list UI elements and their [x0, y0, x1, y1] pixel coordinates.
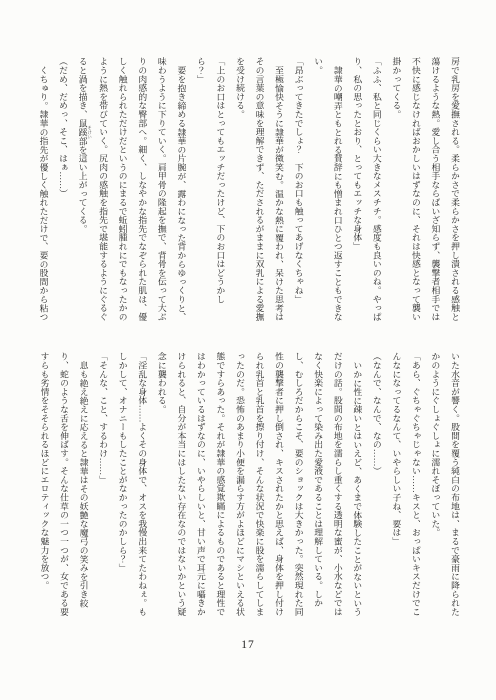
- text-column: いた水音が響く。股間を覆う純白の布地は、まるで豪雨に降られた: [444, 352, 464, 626]
- text-column: 息も絶え絶えに応えると隷華はその妖艶な魔弓の笑みを引き絞: [73, 352, 93, 626]
- text-column: を受け続ける。: [229, 57, 249, 331]
- text-column: 念に襲われる。: [151, 352, 171, 626]
- text-column: 「上のお口はとってもエッチだったけど、下のお口はどうかし: [210, 57, 230, 331]
- text-block-bottom: いた水音が響く。股間を覆う純白の布地は、まるで豪雨に降られたかのようにぐしょぐし…: [33, 352, 464, 626]
- text-column: 「ふふ、私と同じくらい大きなメスチチ。感度も良いのね。やっぱ: [366, 57, 386, 331]
- text-column: 隷華の嘲弄ともとれる賛辞にも憎まれ口ひとつ返すこともできな: [327, 57, 347, 331]
- text-column: くちゅり。隷華の指先が優しく触れただけで、要の股間から粘つ: [33, 57, 53, 331]
- text-column: （だめ、だめっ、そこ、はぁ……）: [53, 57, 73, 331]
- text-column: 「淫乱な身体……よくその身体で、オスを我慢出来てたわねぇ。も: [132, 352, 152, 626]
- text-column: 不快に感じなければおかしいはずなのに、それは快感となって襲い: [405, 57, 425, 331]
- text-column: んなになってるなんて、いやらしい子ね、要は」: [386, 352, 406, 626]
- text-column: 味わうように下りていく。肩甲骨の隆起を撫で、背骨を伝って大ぶ: [151, 57, 171, 331]
- text-column: 「昂ぶってきたでしょ？ 下のお口も触ってあげなくちゃね」: [288, 57, 308, 331]
- text-column: り、私の思ったとおり、とってもエッチな身体」: [347, 57, 367, 331]
- text-column: その言葉の意味を理解できず、ただされるがままに双乳による愛撫: [249, 57, 269, 331]
- page-number: 17: [0, 639, 496, 651]
- text-column: りの肉感的な臀部へ。細く、しなやかな指先でなぞられた肌は、優: [132, 57, 152, 331]
- text-column: り、蛇のような舌を伸ばす。そんな仕草の一つ一つが、女である要: [54, 352, 74, 626]
- text-column: ように熱を帯びていく。尻肉の感触を指先で堪能するようにぐるぐ: [93, 57, 113, 331]
- text-column: だけの話。股間の布地を濡らし重くする透明な蜜が、小水などでは: [327, 352, 347, 626]
- text-block-top: 房で乳房を愛撫される。柔らかさで柔らかさを押し潰される感触と蕩けるような熱。愛し…: [33, 57, 464, 331]
- text-column: 房で乳房を愛撫される。柔らかさで柔らかさを押し潰される感触と: [444, 57, 464, 331]
- text-column: 要を抱き締める隷華の片腕が、露わになった背からゆっくりと、: [171, 57, 191, 331]
- text-column: いかに性に疎いとはいえど、あくまで体験したことがないという: [347, 352, 367, 626]
- text-column: 態ですらあった。それが隷華の感覚欺瞞によるものであると理性で: [210, 352, 230, 626]
- text-column: しかして、オナニーもしたことがなかったのかしら？」: [112, 352, 132, 626]
- text-column: ら？」: [190, 57, 210, 331]
- text-column: 掛かってくる。: [386, 57, 406, 331]
- text-column: 蕩けるような熱。愛し合う相手ならばいざ知らず、襲撃者相手では: [425, 57, 445, 331]
- text-column: られ乳首と乳首を擦り付け、そんな状況で快楽に股を濡らしてしま: [249, 352, 269, 626]
- novel-page: 房で乳房を愛撫される。柔らかさで柔らかさを押し潰される感触と蕩けるような熱。愛し…: [0, 0, 496, 700]
- text-column: い。: [308, 57, 328, 331]
- text-column: 「そんな、こと、するわけ……」: [93, 352, 113, 626]
- text-column: （なんで、なんで、なの……）: [366, 352, 386, 626]
- text-column: ったのだ。恐怖のあまり小便を漏らす方がよほどにマシといえる状: [229, 352, 249, 626]
- text-column: ると渦を描き、鼠蹊部そけいを這い上がってくる。: [72, 57, 93, 331]
- text-column: すらも劣情をそそられるほどにエロティックな魅力を放つ。: [34, 352, 54, 626]
- text-column: けられると、自分が本当にはしたない存在なのではないかという疑: [171, 352, 191, 626]
- text-column: 至極愉快そうに隷華が微笑む。温かな熱に覆われ、呆けた思考は: [269, 57, 289, 331]
- text-column: はわかっているはずなのに、いやらしいと、甘い声で耳元に囁きか: [190, 352, 210, 626]
- text-column: かのようにぐしょぐしょに濡れそぼっていた。: [425, 352, 445, 626]
- text-column: 「あら、ぐちゃぐちゃじゃない……キスと、おっぱいキスだけでこ: [405, 352, 425, 626]
- text-column: し、むしろだからこそ、要のショックは大きかった。突然現れた同: [288, 352, 308, 626]
- text-column: しく触れられただけだというのにまるで蚯蚓腫れにでもなったかの: [112, 57, 132, 331]
- text-column: 性の襲撃者に押し倒され、キスされたかと思えば、身体を押し付け: [269, 352, 289, 626]
- text-column: なく快楽によって染み出た愛液であることは理解している。しか: [308, 352, 328, 626]
